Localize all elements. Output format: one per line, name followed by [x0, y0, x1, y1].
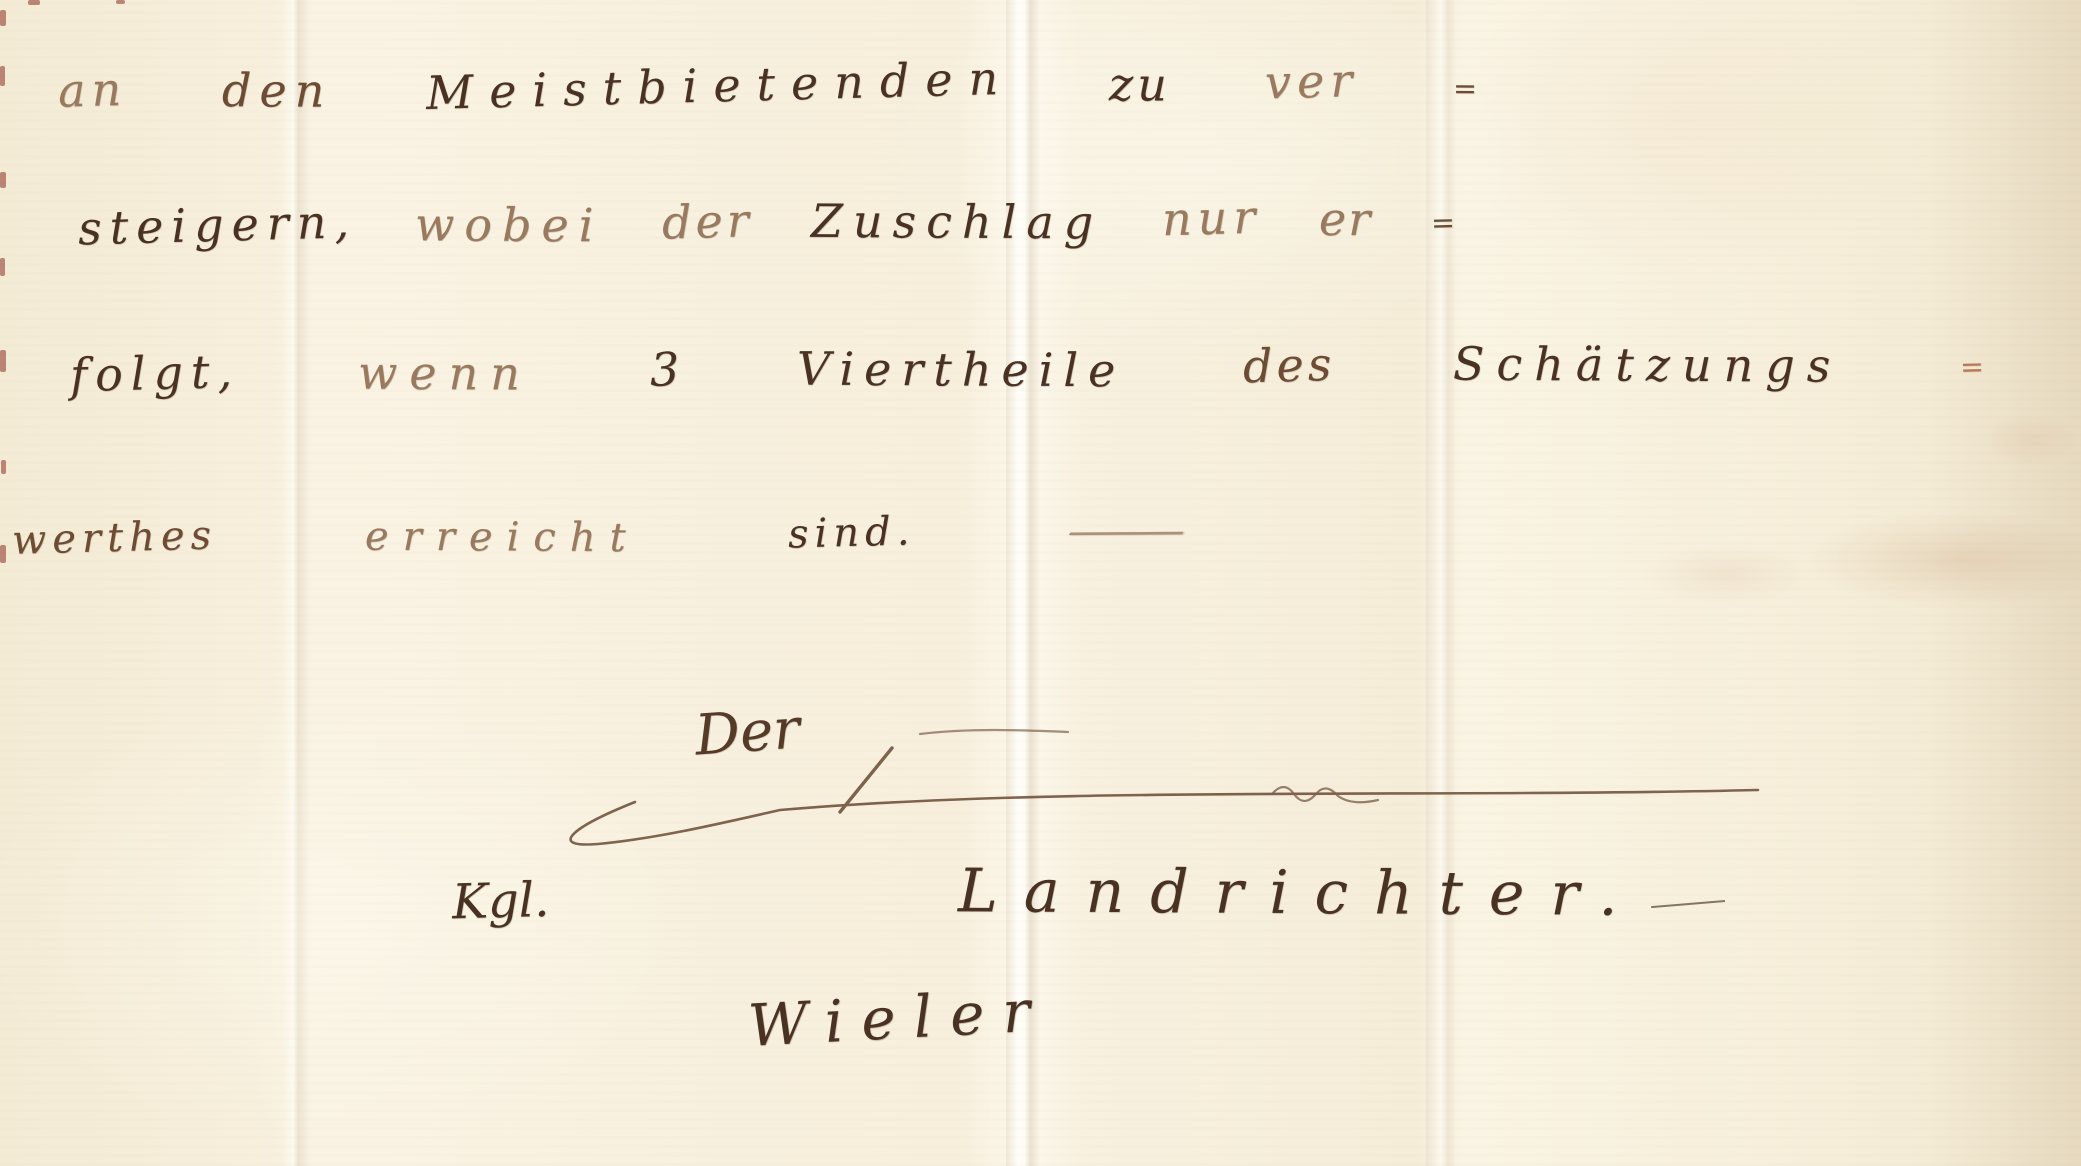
- handwriting-line-4: wertheserreichtsind.—: [12, 508, 1104, 562]
- handwriting-line-2: steigern,wobeiderZuschlagnurer=: [78, 189, 1456, 253]
- handwritten-word: zu: [1109, 57, 1171, 111]
- handwritten-word: Schätzungs: [1453, 337, 1843, 393]
- handwritten-word: =: [1960, 350, 1986, 384]
- signature-salutation: Der: [693, 696, 802, 768]
- handwritten-word: Zuschlag: [811, 194, 1103, 250]
- handwritten-word: der: [661, 193, 753, 249]
- scan-artifact: [0, 172, 6, 188]
- handwritten-word: wenn: [358, 346, 532, 401]
- handwritten-word: steigern,: [77, 194, 357, 255]
- scan-artifact: [116, 0, 125, 4]
- handwriting-line-1: andenMeistbietendenzuver=: [58, 53, 1478, 117]
- scanned-letter-page: { "document": { "language": "German", "s…: [0, 0, 2081, 1166]
- scan-artifact: [0, 258, 5, 276]
- handwritten-word: er: [1319, 192, 1373, 246]
- handwritten-word: ver: [1265, 53, 1360, 109]
- scan-artifact: [1, 460, 6, 474]
- handwritten-word: den: [221, 63, 332, 118]
- handwritten-word: 3: [649, 342, 680, 397]
- handwritten-word: Meistbietenden: [426, 51, 1015, 120]
- handwritten-word: sind.: [788, 508, 917, 557]
- handwritten-word: werthes: [11, 512, 217, 563]
- scan-artifact: [0, 545, 6, 563]
- handwritten-word: des: [1242, 337, 1336, 393]
- handwritten-word: erreicht: [365, 514, 640, 561]
- signature-office-line: Kgl. Landrichter.: [452, 854, 1726, 933]
- handwritten-word: =: [1453, 72, 1478, 105]
- scan-artifact: [0, 10, 6, 26]
- signature-office: Landrichter.: [958, 856, 1726, 930]
- handwritten-word: folgt,: [69, 344, 240, 402]
- handwritten-word: wobei: [415, 197, 604, 252]
- handwritten-word: Viertheile: [796, 342, 1125, 398]
- scan-artifact: [28, 0, 40, 5]
- scan-artifact: [0, 66, 5, 86]
- handwritten-word: =: [1431, 206, 1457, 240]
- handwritten-word: —: [1064, 508, 1188, 555]
- scan-artifact: [0, 350, 6, 372]
- signature-office-prefix: Kgl.: [451, 872, 550, 931]
- handwritten-word: nur: [1161, 190, 1262, 247]
- handwritten-word: an: [57, 62, 127, 118]
